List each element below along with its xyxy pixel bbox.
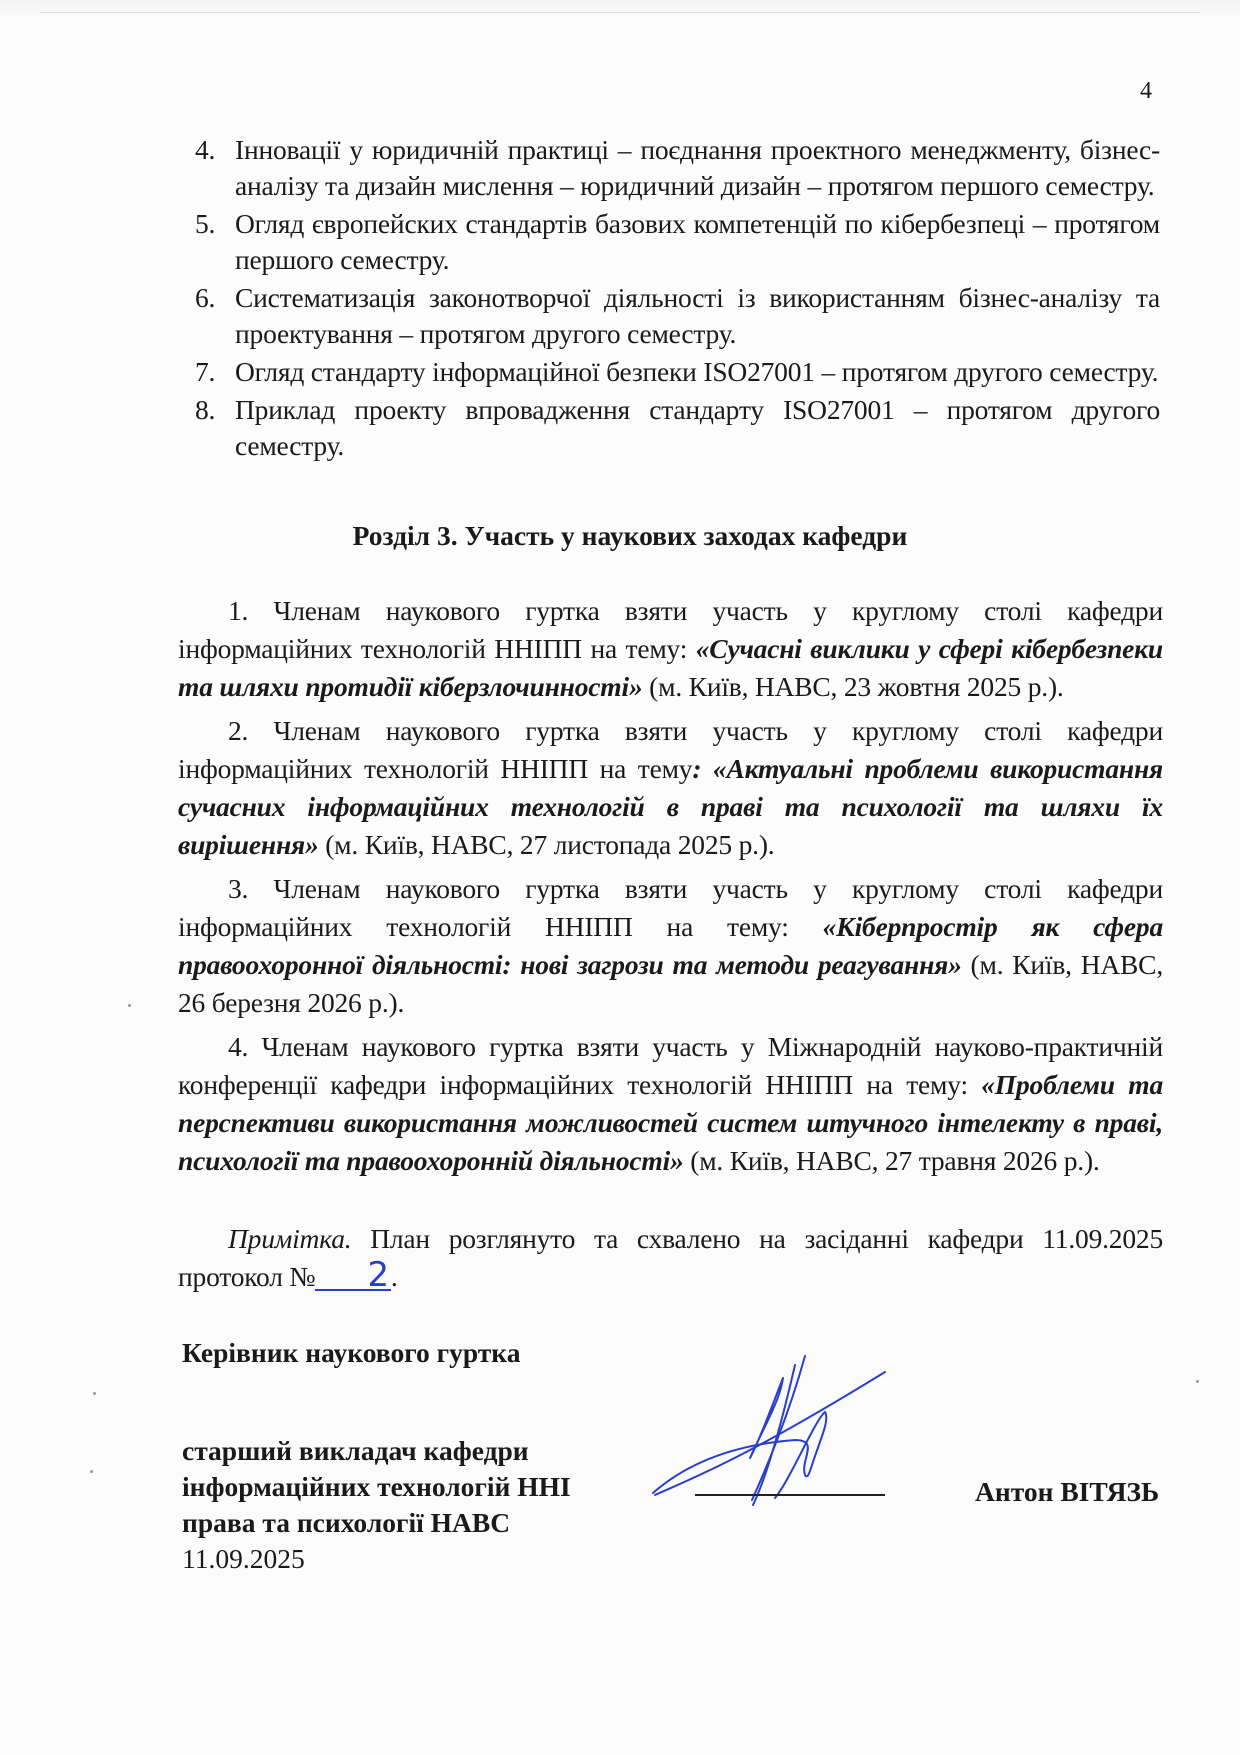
event-details: (м. Київ, НАВС, 27 травня 2026 р.).	[684, 1145, 1100, 1176]
event-details: (м. Київ, НАВС, 23 жовтня 2025 р.).	[643, 671, 1064, 702]
signature-block: Керівник наукового гуртка старший виклад…	[182, 1335, 571, 1577]
scan-speck	[93, 1392, 96, 1395]
note-end: .	[391, 1261, 398, 1292]
list-item: 7. Огляд стандарту інформаційної безпеки…	[195, 354, 1160, 390]
scan-speck	[90, 1470, 93, 1473]
list-item: 8. Приклад проекту впровадження стандарт…	[195, 392, 1160, 464]
list-item-text: Інновації у юридичній практиці – поєднан…	[235, 134, 1160, 201]
event-item: 3. Членам наукового гуртка взяти участь …	[178, 870, 1163, 1022]
note-label: Примітка.	[228, 1223, 351, 1254]
page-number: 4	[1140, 78, 1152, 105]
section-title: Розділ 3. Участь у наукових заходах кафе…	[0, 520, 1240, 552]
approval-note: Примітка. План розглянуто та схвалено на…	[178, 1220, 1163, 1296]
event-item: 2. Членам наукового гуртка взяти участь …	[178, 712, 1163, 864]
signature-role-line: старший викладач кафедри	[182, 1433, 571, 1469]
list-item-number: 6.	[195, 280, 215, 316]
list-item-text: Приклад проекту впровадження стандарту I…	[235, 394, 1160, 461]
list-item-number: 4.	[195, 132, 215, 168]
signature-line	[695, 1494, 885, 1496]
signature-role-line: інформаційних технологій ННІ	[182, 1469, 571, 1505]
list-item: 4. Інновації у юридичній практиці – поєд…	[195, 132, 1160, 204]
event-details: (м. Київ, НАВС, 27 листопада 2025 р.).	[319, 829, 775, 860]
scan-speck	[128, 1004, 131, 1007]
event-item: 4. Членам наукового гуртка взяти участь …	[178, 1028, 1163, 1180]
list-item-number: 5.	[195, 206, 215, 242]
list-item: 5. Огляд європейских стандартів базових …	[195, 206, 1160, 278]
signature-role-line: права та психології НАВС	[182, 1505, 571, 1541]
protocol-number-handwritten: 2	[315, 1261, 390, 1291]
event-item: 1. Членам наукового гуртка взяти участь …	[178, 592, 1163, 706]
plan-list: 4. Інновації у юридичній практиці – поєд…	[195, 132, 1160, 464]
list-item-text: Огляд стандарту інформаційної безпеки IS…	[235, 356, 1158, 387]
handwritten-signature-icon	[640, 1330, 940, 1520]
scan-edge	[40, 12, 1200, 13]
list-item-number: 8.	[195, 392, 215, 428]
list-item-number: 7.	[195, 354, 215, 390]
scan-speck	[1196, 1380, 1199, 1383]
document-page: 4 4. Інновації у юридичній практиці – по…	[0, 0, 1240, 1755]
signatory-name: Антон ВІТЯЗЬ	[975, 1476, 1159, 1508]
signature-heading: Керівник наукового гуртка	[182, 1335, 571, 1371]
signature-date: 11.09.2025	[182, 1541, 571, 1577]
list-item-text: Огляд європейских стандартів базових ком…	[235, 208, 1160, 275]
list-item: 6. Систематизація законотворчої діяльнос…	[195, 280, 1160, 352]
list-item-text: Систематизація законотворчої діяльності …	[235, 282, 1160, 349]
section-items: 1. Членам наукового гуртка взяти участь …	[178, 592, 1163, 1180]
